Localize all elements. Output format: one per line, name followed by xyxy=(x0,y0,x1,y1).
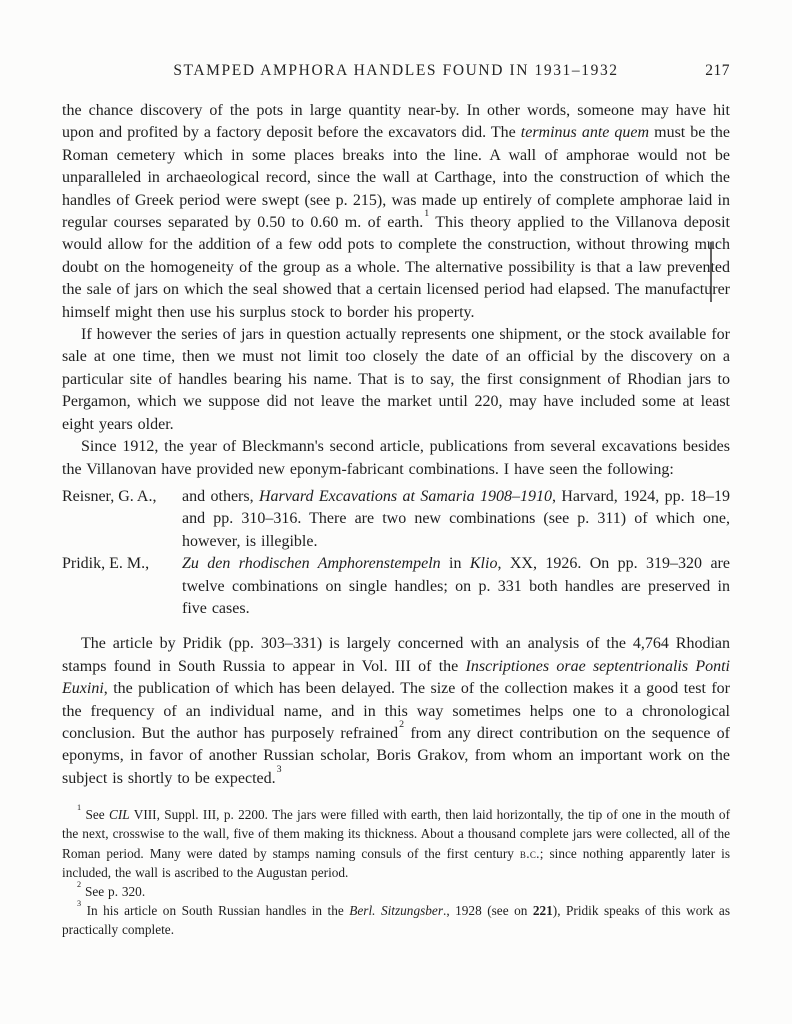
bibliography-entry: Reisner, G. A.,and others, Harvard Excav… xyxy=(62,486,730,553)
bibliography-author: Pridik, E. M., xyxy=(62,553,182,620)
bibliography: Reisner, G. A.,and others, Harvard Excav… xyxy=(62,486,730,620)
body-after: The article by Pridik (pp. 303–331) is l… xyxy=(62,633,730,790)
footnote-marker: 3 xyxy=(77,899,81,908)
footnote-marker: 1 xyxy=(77,803,81,812)
bibliography-citation: Zu den rhodischen Amphorenstempeln in Kl… xyxy=(182,553,730,620)
running-title: STAMPED AMPHORA HANDLES FOUND IN 1931–19… xyxy=(62,62,730,80)
scanned-page: STAMPED AMPHORA HANDLES FOUND IN 1931–19… xyxy=(0,0,792,1024)
footnote-marker: 2 xyxy=(77,880,81,889)
paragraph: the chance discovery of the pots in larg… xyxy=(62,100,730,324)
footnote: 3 In his article on South Russian handle… xyxy=(62,901,730,939)
footnote: 1 See CIL VIII, Suppl. III, p. 2200. The… xyxy=(62,805,730,882)
scan-artifact-line xyxy=(710,242,712,302)
bibliography-entry: Pridik, E. M.,Zu den rhodischen Amphoren… xyxy=(62,553,730,620)
bibliography-citation: and others, Harvard Excavations at Samar… xyxy=(182,486,730,553)
footnotes: 1 See CIL VIII, Suppl. III, p. 2200. The… xyxy=(62,805,730,939)
bibliography-author: Reisner, G. A., xyxy=(62,486,182,553)
paragraph: Since 1912, the year of Bleckmann's seco… xyxy=(62,436,730,481)
page-number: 217 xyxy=(705,62,730,80)
paragraph: If however the series of jars in questio… xyxy=(62,324,730,436)
body-main: the chance discovery of the pots in larg… xyxy=(62,100,730,481)
footnote: 2 See p. 320. xyxy=(62,882,730,901)
paragraph: The article by Pridik (pp. 303–331) is l… xyxy=(62,633,730,790)
running-head: STAMPED AMPHORA HANDLES FOUND IN 1931–19… xyxy=(62,62,730,82)
